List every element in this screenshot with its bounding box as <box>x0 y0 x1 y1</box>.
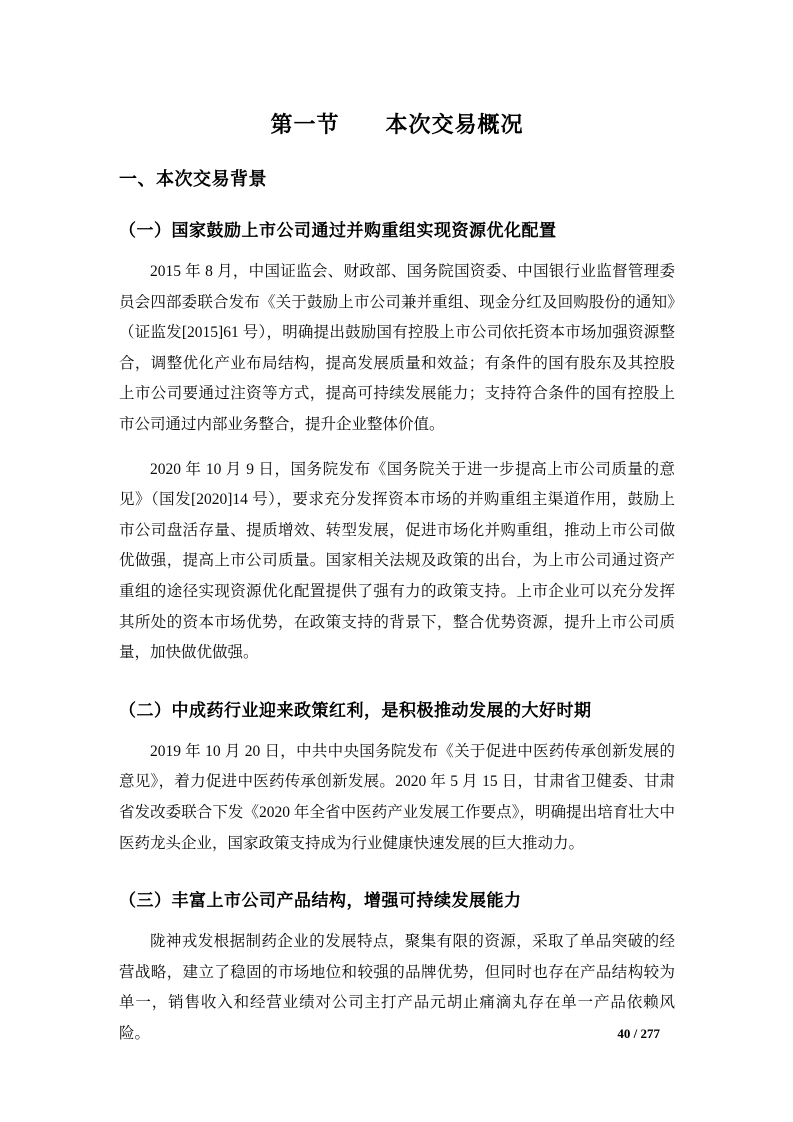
section-heading-background: 一、本次交易背景 <box>119 167 675 191</box>
paragraph: 陇神戎发根据制药企业的发展特点，聚集有限的资源，采取了单品突破的经营战略，建立了… <box>119 927 675 1049</box>
page-number: 40 / 277 <box>617 1026 660 1042</box>
paragraph: 2020 年 10 月 9 日，国务院发布《国务院关于进一步提高上市公司质量的意… <box>119 455 675 669</box>
subsection-heading-3: （三）丰富上市公司产品结构，增强可持续发展能力 <box>119 889 675 913</box>
paragraph: 2019 年 10 月 20 日，中共中央国务院发布《关于促进中医药传承创新发展… <box>119 737 675 859</box>
subsection-heading-2: （二）中成药行业迎来政策红利，是积极推动发展的大好时期 <box>119 699 675 723</box>
chapter-title: 第一节 本次交易概况 <box>119 110 675 140</box>
subsection-heading-1: （一）国家鼓励上市公司通过并购重组实现资源优化配置 <box>119 219 675 243</box>
paragraph: 2015 年 8 月，中国证监会、财政部、国务院国资委、中国银行业监督管理委员会… <box>119 257 675 441</box>
document-page: 第一节 本次交易概况 一、本次交易背景 （一）国家鼓励上市公司通过并购重组实现资… <box>0 0 793 1122</box>
document-content: 第一节 本次交易概况 一、本次交易背景 （一）国家鼓励上市公司通过并购重组实现资… <box>119 0 675 1049</box>
